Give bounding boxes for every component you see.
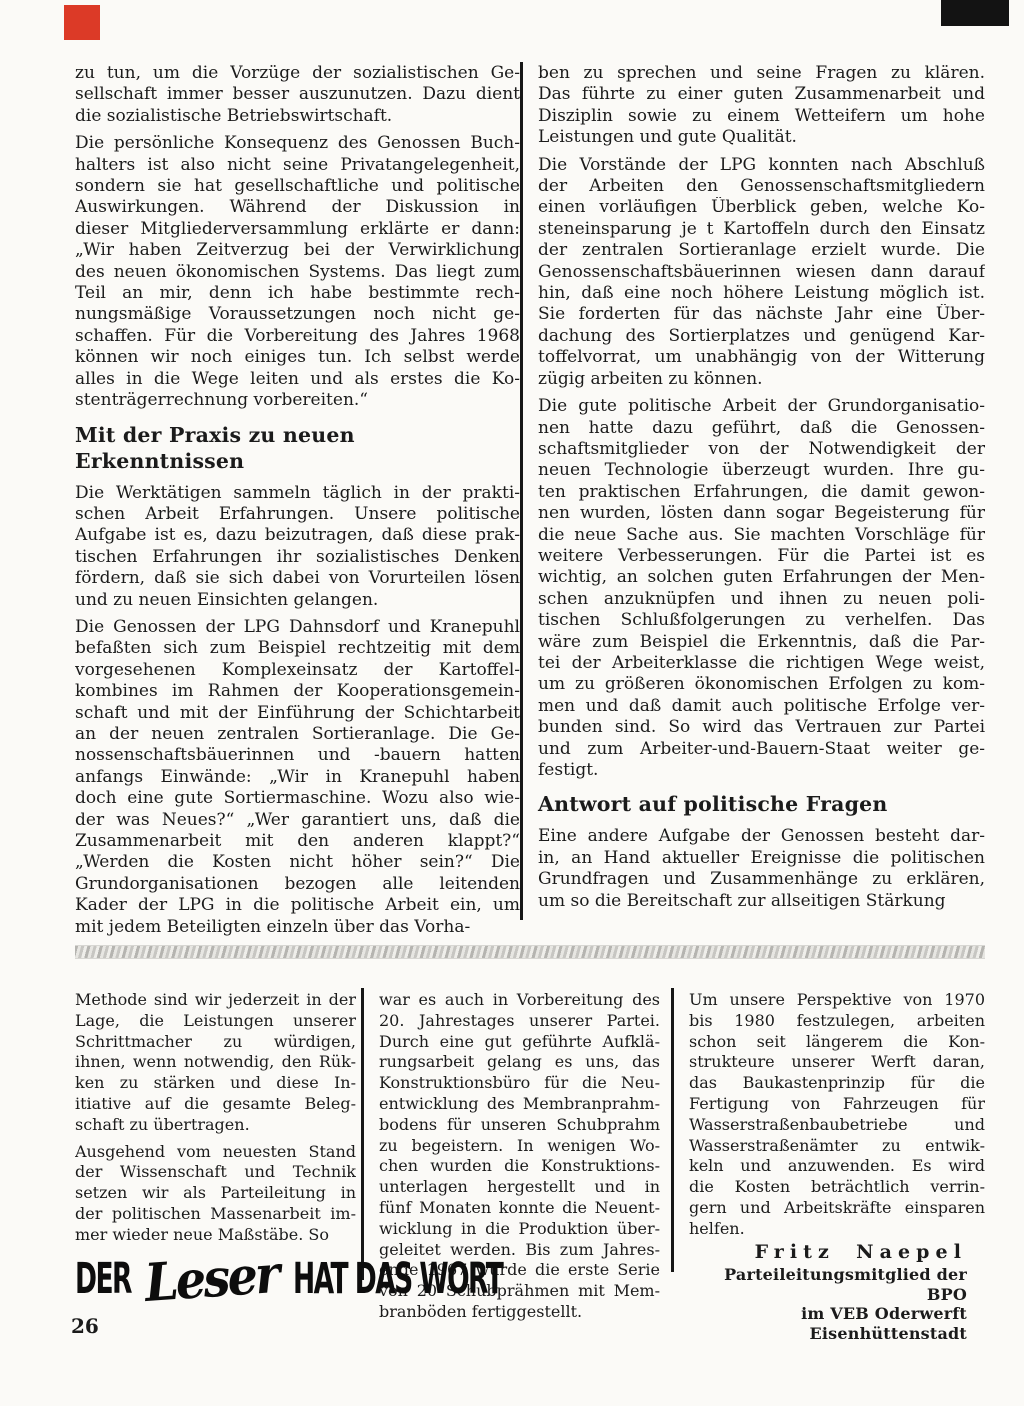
text-line: fördern, daß sie sich dabei von Vorurtei… [75,568,520,589]
text-line: sellschaft immer besser auszunutzen. Daz… [75,84,520,105]
text-line: schen Arbeit Erfahrungen. Unsere politis… [75,504,520,525]
paragraph: Ausgehend vom neuesten Standder Wissensc… [75,1142,356,1246]
text-line: Grundorganisationen bezogen alle leitend… [75,874,520,895]
text-line: Genossenschaftsbäuerinnen wiesen dann da… [538,262,985,283]
text-line: bis 1980 festzulegen, arbeiten [689,1011,985,1032]
text-line: Die Vorstände der LPG konnten nach Absch… [538,155,985,176]
text-line: halters ist also nicht seine Privatangel… [75,155,520,176]
text-line: men und daß damit auch politische Erfolg… [538,696,985,717]
text-line: Disziplin sowie zu einem Wetteifern um h… [538,106,985,127]
text-line: Lage, die Leistungen unserer [75,1011,356,1032]
text-line: der zentralen Sortieranlage erzielt wurd… [538,240,985,261]
logo-script-leser: Leser [142,1244,279,1314]
text-line: wicklung in die Produktion über- [379,1219,660,1240]
text-line: steneinsparung je t Kartoffeln durch den… [538,219,985,240]
text-line: die neue Sache aus. Sie machten Vorschlä… [538,525,985,546]
text-line: nen hatte dazu geführt, daß die Genossen… [538,418,985,439]
text-line: bodens für unseren Schubprahm [379,1115,660,1136]
section-heading: Mit der Praxis zu neuen Erkenntnissen [75,422,520,474]
text-line: des neuen ökonomischen Systems. Das lieg… [75,262,520,283]
text-line: schen anzuknüpfen und ihnen zu neuen pol… [538,589,985,610]
text-line: Fertigung von Fahrzeugen für [689,1094,985,1115]
text-line: ben zu sprechen und seine Fragen zu klär… [538,63,985,84]
text-line: festigt. [538,760,985,781]
text-line: ten praktischen Erfahrungen, die damit g… [538,482,985,503]
text-line: zu begeistern. In wenigen Wo- [379,1136,660,1157]
text-line: Methode sind wir jederzeit in der [75,990,356,1011]
magazine-page: zu tun, um die Vorzüge der sozialistisch… [0,0,1024,1406]
text-line: Sie forderten für das nächste Jahr eine … [538,304,985,325]
text-line: strukteure unserer Werft daran, [689,1052,985,1073]
text-line: Leistungen und gute Qualität. [538,127,985,148]
letters-column-3: Um unsere Perspektive von 1970bis 1980 f… [689,990,985,1246]
signature-name: Fritz Naepel [689,1240,985,1265]
text-line: Grundfragen und Zusammenhänge zu erkläre… [538,869,985,890]
paragraph: Die Vorstände der LPG konnten nach Absch… [538,155,985,390]
text-line: die Kosten beträchtlich verrin- [689,1177,985,1198]
text-line: nen wurden, lösten dann sogar Begeisteru… [538,503,985,524]
text-line: keln und anzuwenden. Es wird [689,1156,985,1177]
text-line: helfen. [689,1219,985,1240]
text-line: an der neuen zentralen Sortieranlage. Di… [75,724,520,745]
article-right-column: ben zu sprechen und seine Fragen zu klär… [538,63,985,918]
text-line: alles in die Wege leiten und als erstes … [75,369,520,390]
text-line: Die persönliche Konsequenz des Genossen … [75,133,520,154]
letters-divider-rule-2 [671,988,674,1272]
text-line: um so die Bereitschaft zur allseitigen S… [538,891,985,912]
text-line: Durch eine gut geführte Aufklä- [379,1032,660,1053]
text-line: wichtig, an solchen guten Erfahrungen de… [538,567,985,588]
text-line: „Werden die Kosten nicht höher sein?“ Di… [75,852,520,873]
text-line: können wir noch einiges tun. Ich selbst … [75,347,520,368]
text-line: Das führte zu einer guten Zusammenarbeit… [538,84,985,105]
text-line: der politischen Massenarbeit im- [75,1204,356,1225]
text-line: neuen Technologie überzeugt wurden. Ihre… [538,460,985,481]
text-line: um zu größeren ökonomischen Erfolgen zu … [538,674,985,695]
text-line: hin, daß eine noch höhere Leistung mögli… [538,283,985,304]
text-line: und zu neuen Einsichten gelangen. [75,590,520,611]
text-line: gern und Arbeitskräfte einsparen [689,1198,985,1219]
text-line: und zum Arbeiter-und-Bauern-Staat weiter… [538,739,985,760]
paragraph: ben zu sprechen und seine Fragen zu klär… [538,63,985,149]
text-line: fünf Monaten konnte die Neuent- [379,1198,660,1219]
text-line: Um unsere Perspektive von 1970 [689,990,985,1011]
text-line: chen wurden die Konstruktions- [379,1156,660,1177]
text-line: war es auch in Vorbereitung des [379,990,660,1011]
paragraph: Die persönliche Konsequenz des Genossen … [75,133,520,411]
text-line: zügig arbeiten zu können. [538,369,985,390]
text-line: der Arbeiten den Genossenschaftsmitglied… [538,176,985,197]
text-line: „Wir haben Zeitverzug bei der Verwirklic… [75,240,520,261]
text-line: befaßten sich zum Beispiel rechtzeitig m… [75,638,520,659]
text-line: der was Neues?“ „Wer garantiert uns, daß… [75,810,520,831]
signature-block: Fritz Naepel Parteileitungsmitglied der … [689,1240,985,1343]
letters-column-1: Methode sind wir jederzeit in derLage, d… [75,990,356,1252]
logo-text-hat-das-wort: HAT DAS WORT [293,1254,502,1304]
text-line: Ausgehend vom neuesten Stand [75,1142,356,1163]
text-line: Wasserstraßenämter zu entwik- [689,1136,985,1157]
paragraph: Die Werktätigen sammeln täglich in der p… [75,483,520,611]
text-line: wäre zum Beispiel die Erkenntnis, daß di… [538,632,985,653]
column-divider-rule [520,62,523,920]
text-line: Teil an mir, denn ich habe bestimmte rec… [75,283,520,304]
logo-text-der: DER [75,1254,131,1304]
section-heading: Antwort auf politische Fragen [538,791,985,817]
text-line: einen vorläufigen Überblick geben, welch… [538,197,985,218]
text-line: zu tun, um die Vorzüge der sozialistisch… [75,63,520,84]
text-line: stenträgerrechnung vorbereiten.“ [75,390,520,411]
red-registration-mark [64,5,100,40]
page-number: 26 [71,1314,99,1338]
signature-role: Parteileitungsmitglied der BPO [689,1265,985,1304]
text-line: setzen wir als Parteileitung in [75,1183,356,1204]
text-line: tischen Erfahrungen ihr sozialistisches … [75,547,520,568]
text-line: weitere Verbesserungen. Für die Partei i… [538,546,985,567]
text-line: Zusammenarbeit mit den anderen klappt?“ [75,831,520,852]
text-line: schaft und mit der Einführung der Schich… [75,703,520,724]
section-divider-band [75,945,985,959]
text-line: dieser Mitgliederversammlung erklärte er… [75,219,520,240]
text-line: Kader der LPG in die politische Arbeit e… [75,895,520,916]
text-line: in, an Hand aktueller Ereignisse die pol… [538,848,985,869]
text-line: entwicklung des Membranprahm- [379,1094,660,1115]
text-line: dachung des Sortierplatzes und genügend … [538,326,985,347]
text-line: kombines im Rahmen der Kooperationsgemei… [75,681,520,702]
text-line: mer wieder neue Maßstäbe. So [75,1225,356,1246]
article-left-column: zu tun, um die Vorzüge der sozialistisch… [75,63,520,944]
paragraph: Um unsere Perspektive von 1970bis 1980 f… [689,990,985,1240]
text-line: Die Genossen der LPG Dahnsdorf und Krane… [75,617,520,638]
text-line: itiative auf die gesamte Beleg- [75,1094,356,1115]
paragraph: Die gute politische Arbeit der Grundorga… [538,396,985,781]
text-line: sondern sie hat gesellschaftliche und po… [75,176,520,197]
text-line: Schrittmacher zu würdigen, [75,1032,356,1053]
text-line: schaffen. Für die Vorbereitung des Jahre… [75,326,520,347]
paragraph: Eine andere Aufgabe der Genossen besteht… [538,826,985,912]
text-line: die sozialistische Betriebswirtschaft. [75,106,520,127]
text-line: Konstruktionsbüro für die Neu- [379,1073,660,1094]
text-line: unterlagen hergestellt und in [379,1177,660,1198]
paragraph: zu tun, um die Vorzüge der sozialistisch… [75,63,520,127]
text-line: Wasserstraßenbaubetriebe und [689,1115,985,1136]
paragraph: Die Genossen der LPG Dahnsdorf und Krane… [75,617,520,938]
text-line: 20. Jahrestages unserer Partei. [379,1011,660,1032]
paragraph: Methode sind wir jederzeit in derLage, d… [75,990,356,1136]
text-line: Auswirkungen. Während der Diskussion in [75,197,520,218]
text-line: ken zu stärken und diese In- [75,1073,356,1094]
letters-divider-rule-1 [361,988,364,1280]
text-line: schon seit längerem die Kon- [689,1032,985,1053]
text-line: ihnen, wenn notwendig, den Rük- [75,1052,356,1073]
text-line: anfangs Einwände: „Wir in Kranepuhl habe… [75,767,520,788]
text-line: toffelvorrat, um unabhängig von der Witt… [538,347,985,368]
black-registration-mark [941,0,1009,26]
der-leser-hat-das-wort-logo: DERLeserHAT DAS WORT [75,1247,561,1309]
text-line: nossenschaftsbäuerinnen und -bauern hatt… [75,745,520,766]
text-line: das Baukastenprinzip für die [689,1073,985,1094]
text-line: Die Werktätigen sammeln täglich in der p… [75,483,520,504]
text-line: Die gute politische Arbeit der Grundorga… [538,396,985,417]
text-line: schaft zu übertragen. [75,1115,356,1136]
signature-organization: im VEB Oderwerft Eisenhüttenstadt [689,1304,985,1343]
text-line: mit jedem Beteiligten einzeln über das V… [75,917,520,938]
text-line: schaftsmitglieder von der Notwendigkeit … [538,439,985,460]
text-line: rungsarbeit gelang es uns, das [379,1052,660,1073]
text-line: Eine andere Aufgabe der Genossen besteht… [538,826,985,847]
text-line: doch eine gute Sortiermaschine. Wozu als… [75,788,520,809]
text-line: tei der Arbeiterklasse die richtigen Weg… [538,653,985,674]
text-line: nungsmäßige Voraussetzungen noch nicht g… [75,304,520,325]
text-line: bunden sind. So wird das Vertrauen zur P… [538,717,985,738]
text-line: vorgesehenen Komplexeinsatz der Kartoffe… [75,660,520,681]
text-line: tischen Schlußfolgerungen zu verhelfen. … [538,610,985,631]
text-line: der Wissenschaft und Technik [75,1162,356,1183]
text-line: Aufgabe ist es, dazu beizutragen, daß di… [75,525,520,546]
